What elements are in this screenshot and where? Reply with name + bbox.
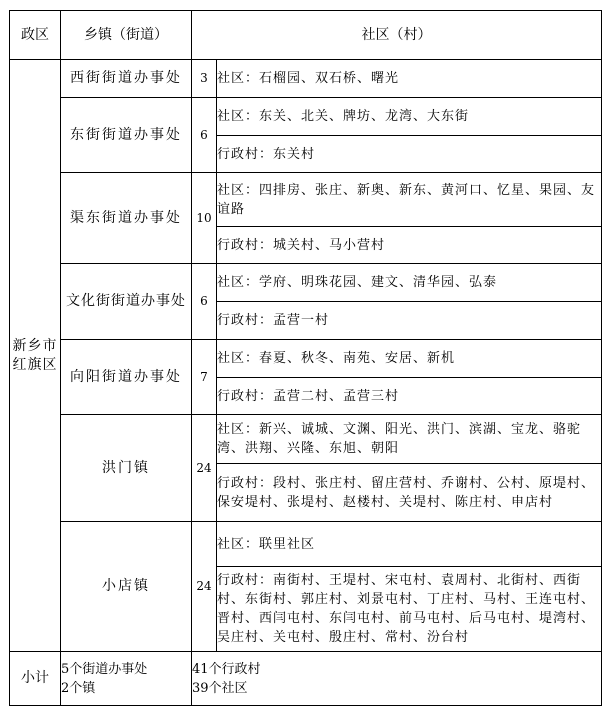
table-row: 向阳街道办事处 7 社区：春夏、秋冬、南苑、安居、新机: [10, 340, 602, 378]
subtotal-towns-line2: 2个镇: [61, 679, 191, 698]
community-list: 社区：学府、明珠花园、建文、清华园、弘泰: [217, 264, 602, 302]
subtotal-communities-line1: 41个行政村: [192, 660, 601, 679]
community-list: 社区：联里社区: [217, 522, 602, 567]
village-list: 行政村：东关村: [217, 136, 602, 173]
subtotal-row: 小计 5个街道办事处 2个镇 41个行政村 39个社区: [10, 652, 602, 706]
admin-division-table: 政区 乡镇（街道） 社区（村） 新乡市 红旗区 西街街道办事处 3 社区：石榴园…: [9, 10, 602, 706]
table-row: 洪门镇 24 社区：新兴、诚城、文渊、阳光、洪门、滨湖、宝龙、骆驼湾、洪翔、兴隆…: [10, 415, 602, 464]
town-name: 洪门镇: [61, 415, 192, 522]
town-count: 6: [192, 264, 217, 340]
table-row: 新乡市 红旗区 西街街道办事处 3 社区：石榴园、双石桥、曙光: [10, 60, 602, 98]
community-list: 社区：石榴园、双石桥、曙光: [217, 60, 602, 98]
town-count: 24: [192, 415, 217, 522]
town-count: 24: [192, 522, 217, 652]
community-list: 社区：新兴、诚城、文渊、阳光、洪门、滨湖、宝龙、骆驼湾、洪翔、兴隆、东旭、朝阳: [217, 415, 602, 464]
subtotal-towns-line1: 5个街道办事处: [61, 660, 191, 679]
subtotal-communities-line2: 39个社区: [192, 679, 601, 698]
village-list: 行政村：南街村、王堤村、宋屯村、袁周村、北街村、西街村、东街村、郭庄村、刘景屯村…: [217, 567, 602, 652]
table-row: 文化街街道办事处 6 社区：学府、明珠花园、建文、清华园、弘泰: [10, 264, 602, 302]
village-list: 行政村：孟营二村、孟营三村: [217, 378, 602, 415]
district-cell: 新乡市 红旗区: [10, 60, 61, 652]
village-list: 行政村：段村、张庄村、留庄营村、乔谢村、公村、原堤村、保安堤村、张堤村、赵楼村、…: [217, 464, 602, 522]
subtotal-towns: 5个街道办事处 2个镇: [61, 652, 192, 706]
district-line2: 红旗区: [10, 356, 60, 375]
table-row: 东街街道办事处 6 社区：东关、北关、牌坊、龙湾、大东街: [10, 98, 602, 136]
town-count: 10: [192, 173, 217, 264]
header-town: 乡镇（街道）: [61, 11, 192, 60]
town-name: 向阳街道办事处: [61, 340, 192, 415]
community-list: 社区：东关、北关、牌坊、龙湾、大东街: [217, 98, 602, 136]
town-name: 东街街道办事处: [61, 98, 192, 173]
village-list: 行政村：城关村、马小营村: [217, 227, 602, 264]
town-name: 西街街道办事处: [61, 60, 192, 98]
subtotal-communities: 41个行政村 39个社区: [192, 652, 602, 706]
town-name: 小店镇: [61, 522, 192, 652]
district-line1: 新乡市: [10, 337, 60, 356]
town-count: 6: [192, 98, 217, 173]
subtotal-label: 小计: [10, 652, 61, 706]
town-count: 7: [192, 340, 217, 415]
village-list: 行政村：孟营一村: [217, 302, 602, 340]
table-row: 小店镇 24 社区：联里社区: [10, 522, 602, 567]
header-district: 政区: [10, 11, 61, 60]
header-community: 社区（村）: [192, 11, 602, 60]
table-row: 渠东街道办事处 10 社区：四排房、张庄、新奥、新东、黄河口、忆星、果园、友谊路: [10, 173, 602, 227]
community-list: 社区：四排房、张庄、新奥、新东、黄河口、忆星、果园、友谊路: [217, 173, 602, 227]
community-list: 社区：春夏、秋冬、南苑、安居、新机: [217, 340, 602, 378]
header-row: 政区 乡镇（街道） 社区（村）: [10, 11, 602, 60]
town-name: 渠东街道办事处: [61, 173, 192, 264]
town-name: 文化街街道办事处: [61, 264, 192, 340]
town-count: 3: [192, 60, 217, 98]
